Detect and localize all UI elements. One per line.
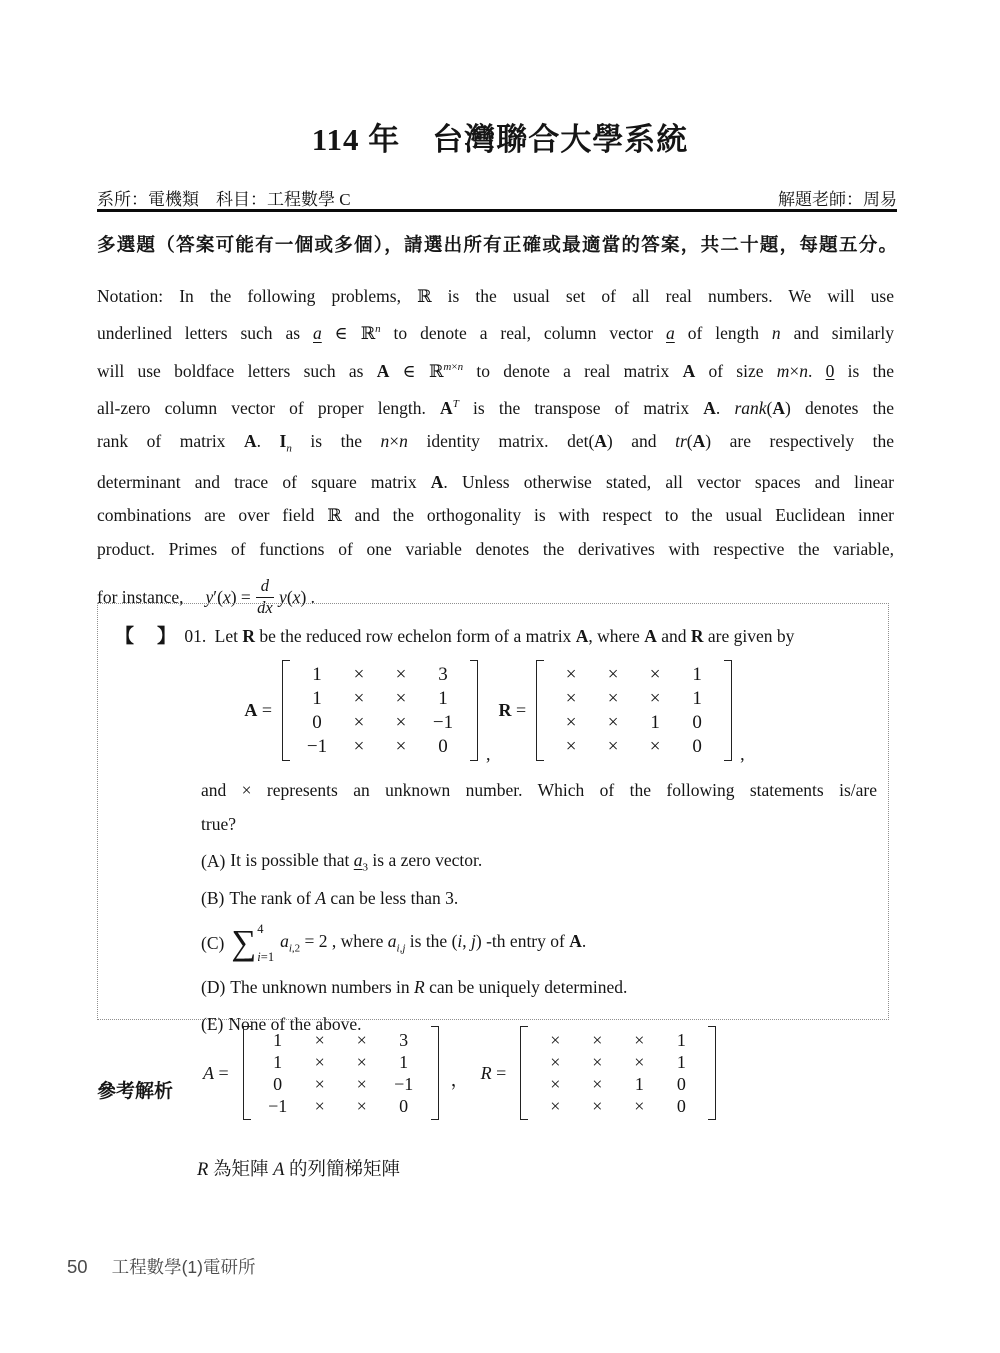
option-b-text: The rank of A can be less than 3. [229, 888, 458, 909]
matrix-cell: × [634, 1053, 644, 1071]
matrix-cell: × [396, 713, 407, 732]
matrix-a-lhs: A = [244, 700, 272, 721]
header-rule [97, 209, 897, 212]
matrix-cell: × [592, 1075, 602, 1093]
option-b: (B) The rank of A can be less than 3. [201, 880, 877, 917]
matrix-cell: 0 [438, 737, 448, 756]
matrix-cell: × [315, 1097, 325, 1115]
book-title: 工程數學(1)電研所 [112, 1254, 256, 1279]
matrix-cell: 1 [273, 1031, 282, 1049]
matrix-cell: × [592, 1097, 602, 1115]
sigma-icon: ∑ [231, 927, 256, 959]
matrix-bracket-right [724, 660, 732, 761]
matrix-bracket-left [243, 1026, 251, 1120]
page-number: 50 [67, 1256, 88, 1278]
matrix-r-lhs: R = [499, 700, 527, 721]
option-d: (D) The unknown numbers in R can be uniq… [201, 969, 877, 1006]
matrix-cell: 1 [677, 1031, 686, 1049]
option-d-label: (D) [201, 977, 225, 998]
matrix-cell: × [608, 689, 619, 708]
solution-matrix-r: ×××1×××1××10×××0 [520, 1026, 716, 1120]
matrix-cell: × [354, 713, 365, 732]
matrix-bracket-left [282, 660, 290, 761]
matrix-cell: × [634, 1031, 644, 1049]
matrix-cell: × [566, 689, 577, 708]
summation-lower-limit: i=1 [257, 951, 274, 964]
matrix-cell: 1 [399, 1053, 408, 1071]
matrix-cell: × [354, 737, 365, 756]
matrix-bracket-left [520, 1026, 528, 1120]
matrix-bracket-right [470, 660, 478, 761]
solution-matrix-a: 1××31××10××−1−1××0 [243, 1026, 439, 1120]
solution-note: R 為矩陣 A 的列簡梯矩陣 [197, 1155, 400, 1181]
matrix-cell: × [608, 737, 619, 756]
question-matrices: A = 1××31××10××−1−1××0 , R = ×××1×××1××1… [115, 660, 874, 761]
option-a-text: It is possible that a3 is a zero vector. [230, 850, 482, 874]
option-b-label: (B) [201, 888, 224, 909]
matrix-cell: × [566, 665, 577, 684]
course-info: 系所：電機類 科目：工程數學 C [97, 185, 351, 210]
matrix-cell: 1 [312, 665, 322, 684]
solution-matrices: A = 1××31××10××−1−1××0 ， R = ×××1×××1××1… [203, 1026, 716, 1120]
matrix-cell: × [354, 689, 365, 708]
notation-line: combinations are over field ℝ and the or… [97, 499, 894, 532]
question-body-line: and × represents an unknown number. Whic… [201, 773, 877, 807]
notation-line: product. Primes of functions of one vari… [97, 533, 894, 566]
notation-line: rank of matrix A. In is the n×n identity… [97, 425, 894, 466]
answer-brackets: 【 】 [115, 626, 178, 647]
matrix-cell: −1 [268, 1097, 287, 1115]
matrix-cell: × [566, 737, 577, 756]
solver-info: 解題老師：周易 [778, 185, 897, 210]
question-box: 【 】 01. Let R be the reduced row echelon… [97, 603, 889, 1020]
matrix-r: ×××1×××1××10×××0 [536, 660, 732, 761]
matrix-cell: 0 [692, 713, 702, 732]
matrix-cell: × [634, 1097, 644, 1115]
matrix-cell: × [566, 713, 577, 732]
matrix-cell: × [354, 665, 365, 684]
matrix-cell: × [650, 737, 661, 756]
question-body-lines: and × represents an unknown number. Whic… [201, 773, 877, 841]
notation-line: will use boldface letters such as A ∈ ℝm… [97, 351, 894, 388]
notation-paragraph: Notation: In the following problems, ℝ i… [97, 280, 894, 620]
summation-limits: 4 i=1 [257, 922, 274, 964]
matrix-cell: × [550, 1075, 560, 1093]
matrix-cell: × [396, 737, 407, 756]
notation-line: Notation: In the following problems, ℝ i… [97, 280, 894, 313]
option-d-text: The unknown numbers in R can be uniquely… [230, 977, 627, 998]
matrix-bracket-right [708, 1026, 716, 1120]
matrix-cell: × [396, 689, 407, 708]
matrix-a: 1××31××10××−1−1××0 [282, 660, 478, 761]
option-c-text: ai,2 = 2 , where ai,j is the (i, j) -th … [280, 931, 586, 955]
matrix-grid: 1××31××10××−1−1××0 [293, 660, 467, 761]
matrix-cell: × [396, 665, 407, 684]
matrix-bracket-right [431, 1026, 439, 1120]
option-a: (A) It is possible that a3 is a zero vec… [201, 843, 877, 880]
matrix-cell: 0 [399, 1097, 408, 1115]
solution-matrix-separator: ， [451, 1066, 469, 1092]
matrix-cell: 1 [650, 713, 660, 732]
options-list: (A) It is possible that a3 is a zero vec… [201, 843, 877, 1043]
summation-symbol: ∑ 4 i=1 [231, 922, 274, 964]
matrix-cell: −1 [433, 713, 453, 732]
matrix-cell: × [608, 713, 619, 732]
matrix-cell: × [550, 1097, 560, 1115]
matrix-separator: , [486, 744, 491, 765]
question-number: 01. [184, 626, 206, 646]
matrix-cell: 0 [677, 1097, 686, 1115]
matrix-cell: 0 [273, 1075, 282, 1093]
matrix-cell: × [315, 1031, 325, 1049]
matrix-cell: × [357, 1053, 367, 1071]
matrix-cell: 0 [692, 737, 702, 756]
matrix-cell: × [550, 1053, 560, 1071]
course-header: 系所：電機類 科目：工程數學 C 解題老師：周易 [97, 185, 897, 210]
matrix-cell: 1 [692, 689, 702, 708]
matrix-cell: × [357, 1031, 367, 1049]
instructions-line: 多選題（答案可能有一個或多個），請選出所有正確或最適當的答案，共二十題，每題五分… [97, 231, 897, 257]
matrix-grid: ×××1×××1××10×××0 [547, 660, 721, 761]
matrix-cell: × [650, 665, 661, 684]
matrix-cell: 1 [677, 1053, 686, 1071]
matrix-cell: × [592, 1031, 602, 1049]
matrix-cell: × [592, 1053, 602, 1071]
summation-upper-limit: 4 [257, 923, 274, 936]
matrix-grid: ×××1×××1××10×××0 [531, 1026, 705, 1120]
matrix-cell: 0 [312, 713, 322, 732]
matrix-cell: 1 [273, 1053, 282, 1071]
option-c: (C) ∑ 4 i=1 ai,2 = 2 , where ai,j is the… [201, 917, 877, 969]
matrix-cell: × [357, 1097, 367, 1115]
question-body-line: true? [201, 807, 877, 841]
solution-matrix-r-lhs: R = [481, 1063, 507, 1084]
option-c-label: (C) [201, 933, 224, 954]
question-body: and × represents an unknown number. Whic… [201, 773, 877, 1043]
notation-line: underlined letters such as a ∈ ℝn to den… [97, 313, 894, 350]
matrix-grid: 1××31××10××−1−1××0 [254, 1026, 428, 1120]
matrix-cell: 3 [438, 665, 448, 684]
matrix-cell: × [315, 1053, 325, 1071]
matrix-cell: × [550, 1031, 560, 1049]
matrix-cell: × [357, 1075, 367, 1093]
page-footer: 50 工程數學(1)電研所 [67, 1254, 255, 1279]
matrix-cell: 1 [312, 689, 322, 708]
notation-line: determinant and trace of square matrix A… [97, 466, 894, 499]
matrix-cell: 1 [635, 1075, 644, 1093]
notation-lines: Notation: In the following problems, ℝ i… [97, 280, 894, 566]
matrix-cell: × [315, 1075, 325, 1093]
matrix-cell: −1 [394, 1075, 413, 1093]
matrix-cell: −1 [307, 737, 327, 756]
matrix-cell: × [650, 689, 661, 708]
matrix-bracket-left [536, 660, 544, 761]
matrix-cell: 1 [438, 689, 448, 708]
question-stem: Let R be the reduced row echelon form of… [215, 626, 795, 646]
fraction-numerator: d [256, 577, 274, 598]
exam-page: 114 年 台灣聯合大學系統 系所：電機類 科目：工程數學 C 解題老師：周易 … [0, 0, 1000, 1353]
page-title: 114 年 台灣聯合大學系統 [0, 114, 1000, 159]
solution-label: 參考解析 [97, 1076, 173, 1103]
matrix-cell: 3 [399, 1031, 408, 1049]
question-stem-line: 【 】 01. Let R be the reduced row echelon… [115, 623, 874, 650]
matrix-cell: 1 [692, 665, 702, 684]
solution-matrix-a-lhs: A = [203, 1063, 229, 1084]
matrix-cell: 0 [677, 1075, 686, 1093]
matrix-cell: × [608, 665, 619, 684]
option-a-label: (A) [201, 851, 225, 872]
notation-line: all-zero column vector of proper length.… [97, 388, 894, 425]
matrix-trailing-comma: , [740, 744, 745, 765]
